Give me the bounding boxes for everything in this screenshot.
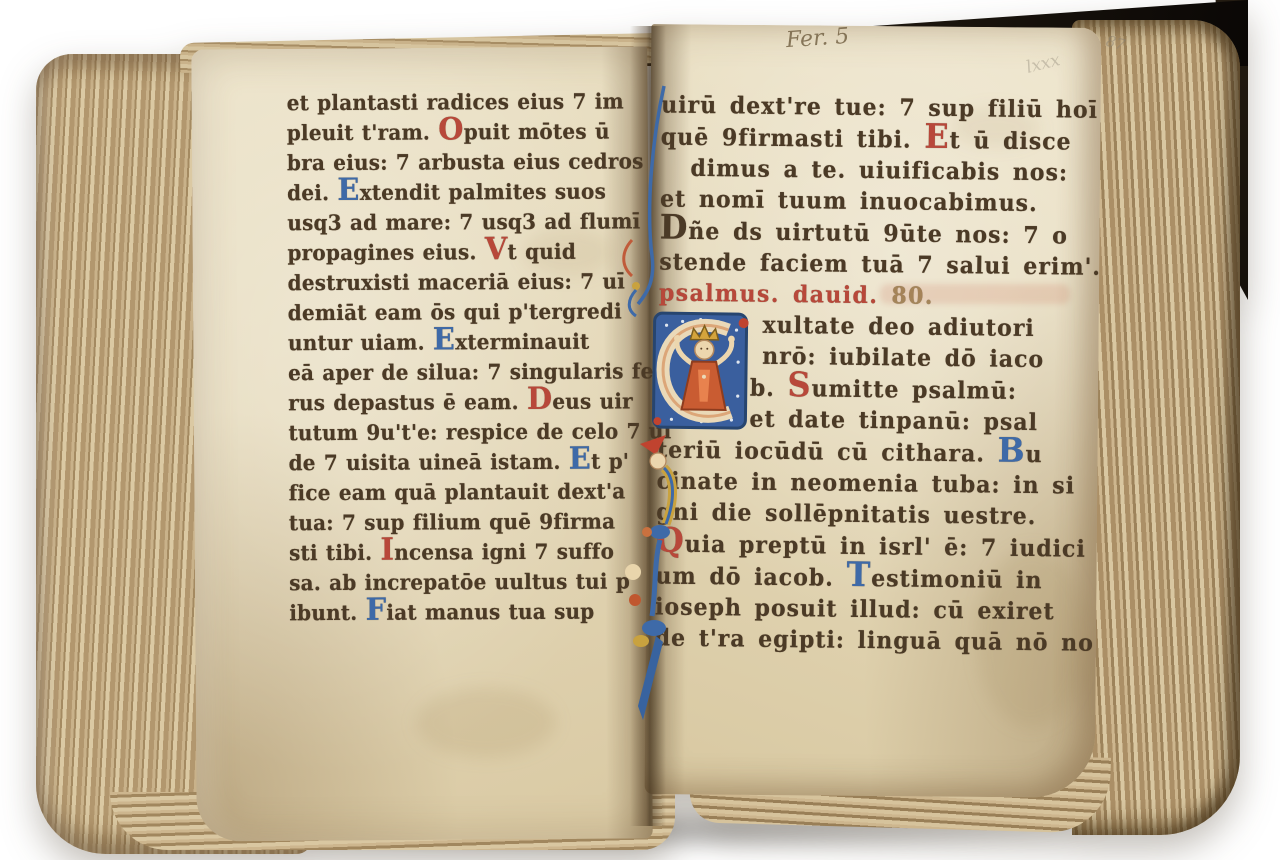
versal-initial: E xyxy=(433,321,456,357)
margin-grotesque-figure xyxy=(625,435,673,720)
text-segment: ñe ds uirtutū 9ūte nos: 7 o xyxy=(688,218,1068,250)
text-segment: u xyxy=(1025,441,1042,469)
text-segment: uirū dext're tue: 7 sup filiū hoī xyxy=(661,91,1098,124)
text-segment: umitte psalmū: xyxy=(811,375,1017,405)
text-segment: eā aper de silua: 7 singularis fe xyxy=(288,358,654,385)
manuscript-text-line: fice eam quā plantauit dext'a xyxy=(289,475,645,509)
manuscript-text-line: de 7 uisita uineā istam. Et p' xyxy=(288,445,644,479)
versal-initial: T xyxy=(846,554,871,595)
manuscript-text-line: propagines eius. Vt quid xyxy=(287,235,643,269)
text-segment: gni die sollēpnitatis uestre. xyxy=(656,498,1036,530)
parchment-stain xyxy=(416,687,556,758)
right-page-upper-lines: uirū dext're tue: 7 sup filiū hoīquē 9fi… xyxy=(659,89,1131,283)
margin-flourish-icon xyxy=(612,80,692,720)
manuscript-text-line: sa. ab increpatōe uultus tui p xyxy=(289,565,645,599)
versal-initial: S xyxy=(787,364,812,405)
text-segment: xtendit palmites suos xyxy=(360,178,606,205)
text-segment: untur uiam. xyxy=(288,329,433,355)
text-segment: et date tinpanū: psal xyxy=(749,405,1038,436)
versal-initial: E xyxy=(569,440,592,476)
text-segment: et nomī tuum inuocabimus. xyxy=(660,185,1038,217)
header-inscription: Fer. 5 xyxy=(785,24,850,53)
versal-initial: B xyxy=(997,430,1025,471)
versal-initial: I xyxy=(380,531,394,567)
manuscript-text-line: untur uiam. Exterminauit xyxy=(288,325,644,359)
manuscript-text-line: de t'ra egipti: linguā quā nō no xyxy=(655,622,1125,661)
text-segment: destruxisti maceriā eius: 7 uī xyxy=(288,268,626,295)
text-segment: rus depastus ē eam. xyxy=(288,389,527,416)
right-page-text-column: uirū dext're tue: 7 sup filiū hoīquē 9fi… xyxy=(655,89,1132,659)
text-segment: puit mōtes ū xyxy=(464,118,610,144)
text-segment: pleuit t'ram. xyxy=(287,119,439,145)
versal-initial: E xyxy=(337,171,360,207)
text-segment: stende faciem tuā 7 salui erim'. xyxy=(659,248,1101,281)
photo-background: et plantasti radices eius 7 impleuit t'r… xyxy=(0,0,1280,860)
text-segment: xultate deo adiutori xyxy=(762,312,1035,343)
manuscript-text-line: sti tibi. Incensa igni 7 suffo xyxy=(289,535,645,569)
versal-initial: O xyxy=(438,111,464,147)
versal-initial: F xyxy=(365,591,386,627)
text-segment: uia preptū in isrl' ē: 7 iudici xyxy=(685,531,1086,563)
text-segment: t ū disce xyxy=(949,127,1071,156)
text-segment: b. xyxy=(750,374,788,402)
text-segment: de 7 uisita uineā istam. xyxy=(288,449,568,476)
versal-initial: E xyxy=(924,116,950,157)
manuscript-text-line: destruxisti maceriā eius: 7 uī xyxy=(288,265,644,299)
text-segment: tua: 7 sup filium quē 9firma xyxy=(289,508,616,535)
psalm-80-lines: E xyxy=(655,308,1129,659)
text-segment: ioseph posuit illud: cū exiret xyxy=(655,593,1055,625)
manuscript-text-line: dei. Extendit palmites suos xyxy=(287,175,643,209)
manuscript-text-line: tua: 7 sup filium quē 9firma xyxy=(289,505,645,539)
text-segment: xterminauit xyxy=(455,329,589,355)
text-segment: fice eam quā plantauit dext'a xyxy=(289,478,626,505)
manuscript-text-line: ibunt. Fiat manus tua sup xyxy=(289,595,645,629)
text-segment: sa. ab increpatōe uultus tui p xyxy=(289,568,630,595)
versal-initial: D xyxy=(527,380,553,416)
text-segment: usq3 ad mare: 7 usq3 ad flumī xyxy=(287,208,640,235)
manuscript-text-line: rus depastus ē eam. Deus uir xyxy=(288,385,644,419)
text-segment: propagines eius. xyxy=(287,239,484,265)
manuscript-text-line: et plantasti radices eius 7 im xyxy=(287,85,643,119)
text-segment: dimus a te. uiuificabis nos: xyxy=(690,155,1068,187)
manuscript-text-line: eā aper de silua: 7 singularis fe xyxy=(288,355,644,389)
manuscript-book: et plantasti radices eius 7 impleuit t'r… xyxy=(0,0,1280,860)
text-segment: sti tibi. xyxy=(289,540,381,566)
text-segment: ncensa igni 7 suffo xyxy=(394,538,614,565)
text-segment: t quid xyxy=(507,239,576,265)
text-segment: ibunt. xyxy=(289,600,365,626)
text-segment: teriū iocūdū cū cithara. xyxy=(657,436,998,468)
text-segment: estimoniū in xyxy=(871,565,1043,595)
text-segment: quē 9firmasti tibi. xyxy=(661,123,925,154)
text-segment: dei. xyxy=(287,180,337,206)
manuscript-text-line: pleuit t'ram. Opuit mōtes ū xyxy=(287,115,643,149)
text-segment: de t'ra egipti: linguā quā nō no xyxy=(655,624,1094,657)
text-segment: iat manus tua sup xyxy=(386,599,594,626)
versal-initial: V xyxy=(485,230,508,266)
text-segment: cinate in neomenia tuba: in si xyxy=(657,467,1076,500)
left-page-text-column: et plantasti radices eius 7 impleuit t'r… xyxy=(287,85,646,627)
manuscript-text-line: usq3 ad mare: 7 usq3 ad flumī xyxy=(287,205,643,239)
text-segment: psalmus. dauid. xyxy=(659,279,892,309)
manuscript-text-line: demiāt eam ōs qui p'tergredi xyxy=(288,295,644,329)
faded-rubric-text xyxy=(880,284,1070,304)
